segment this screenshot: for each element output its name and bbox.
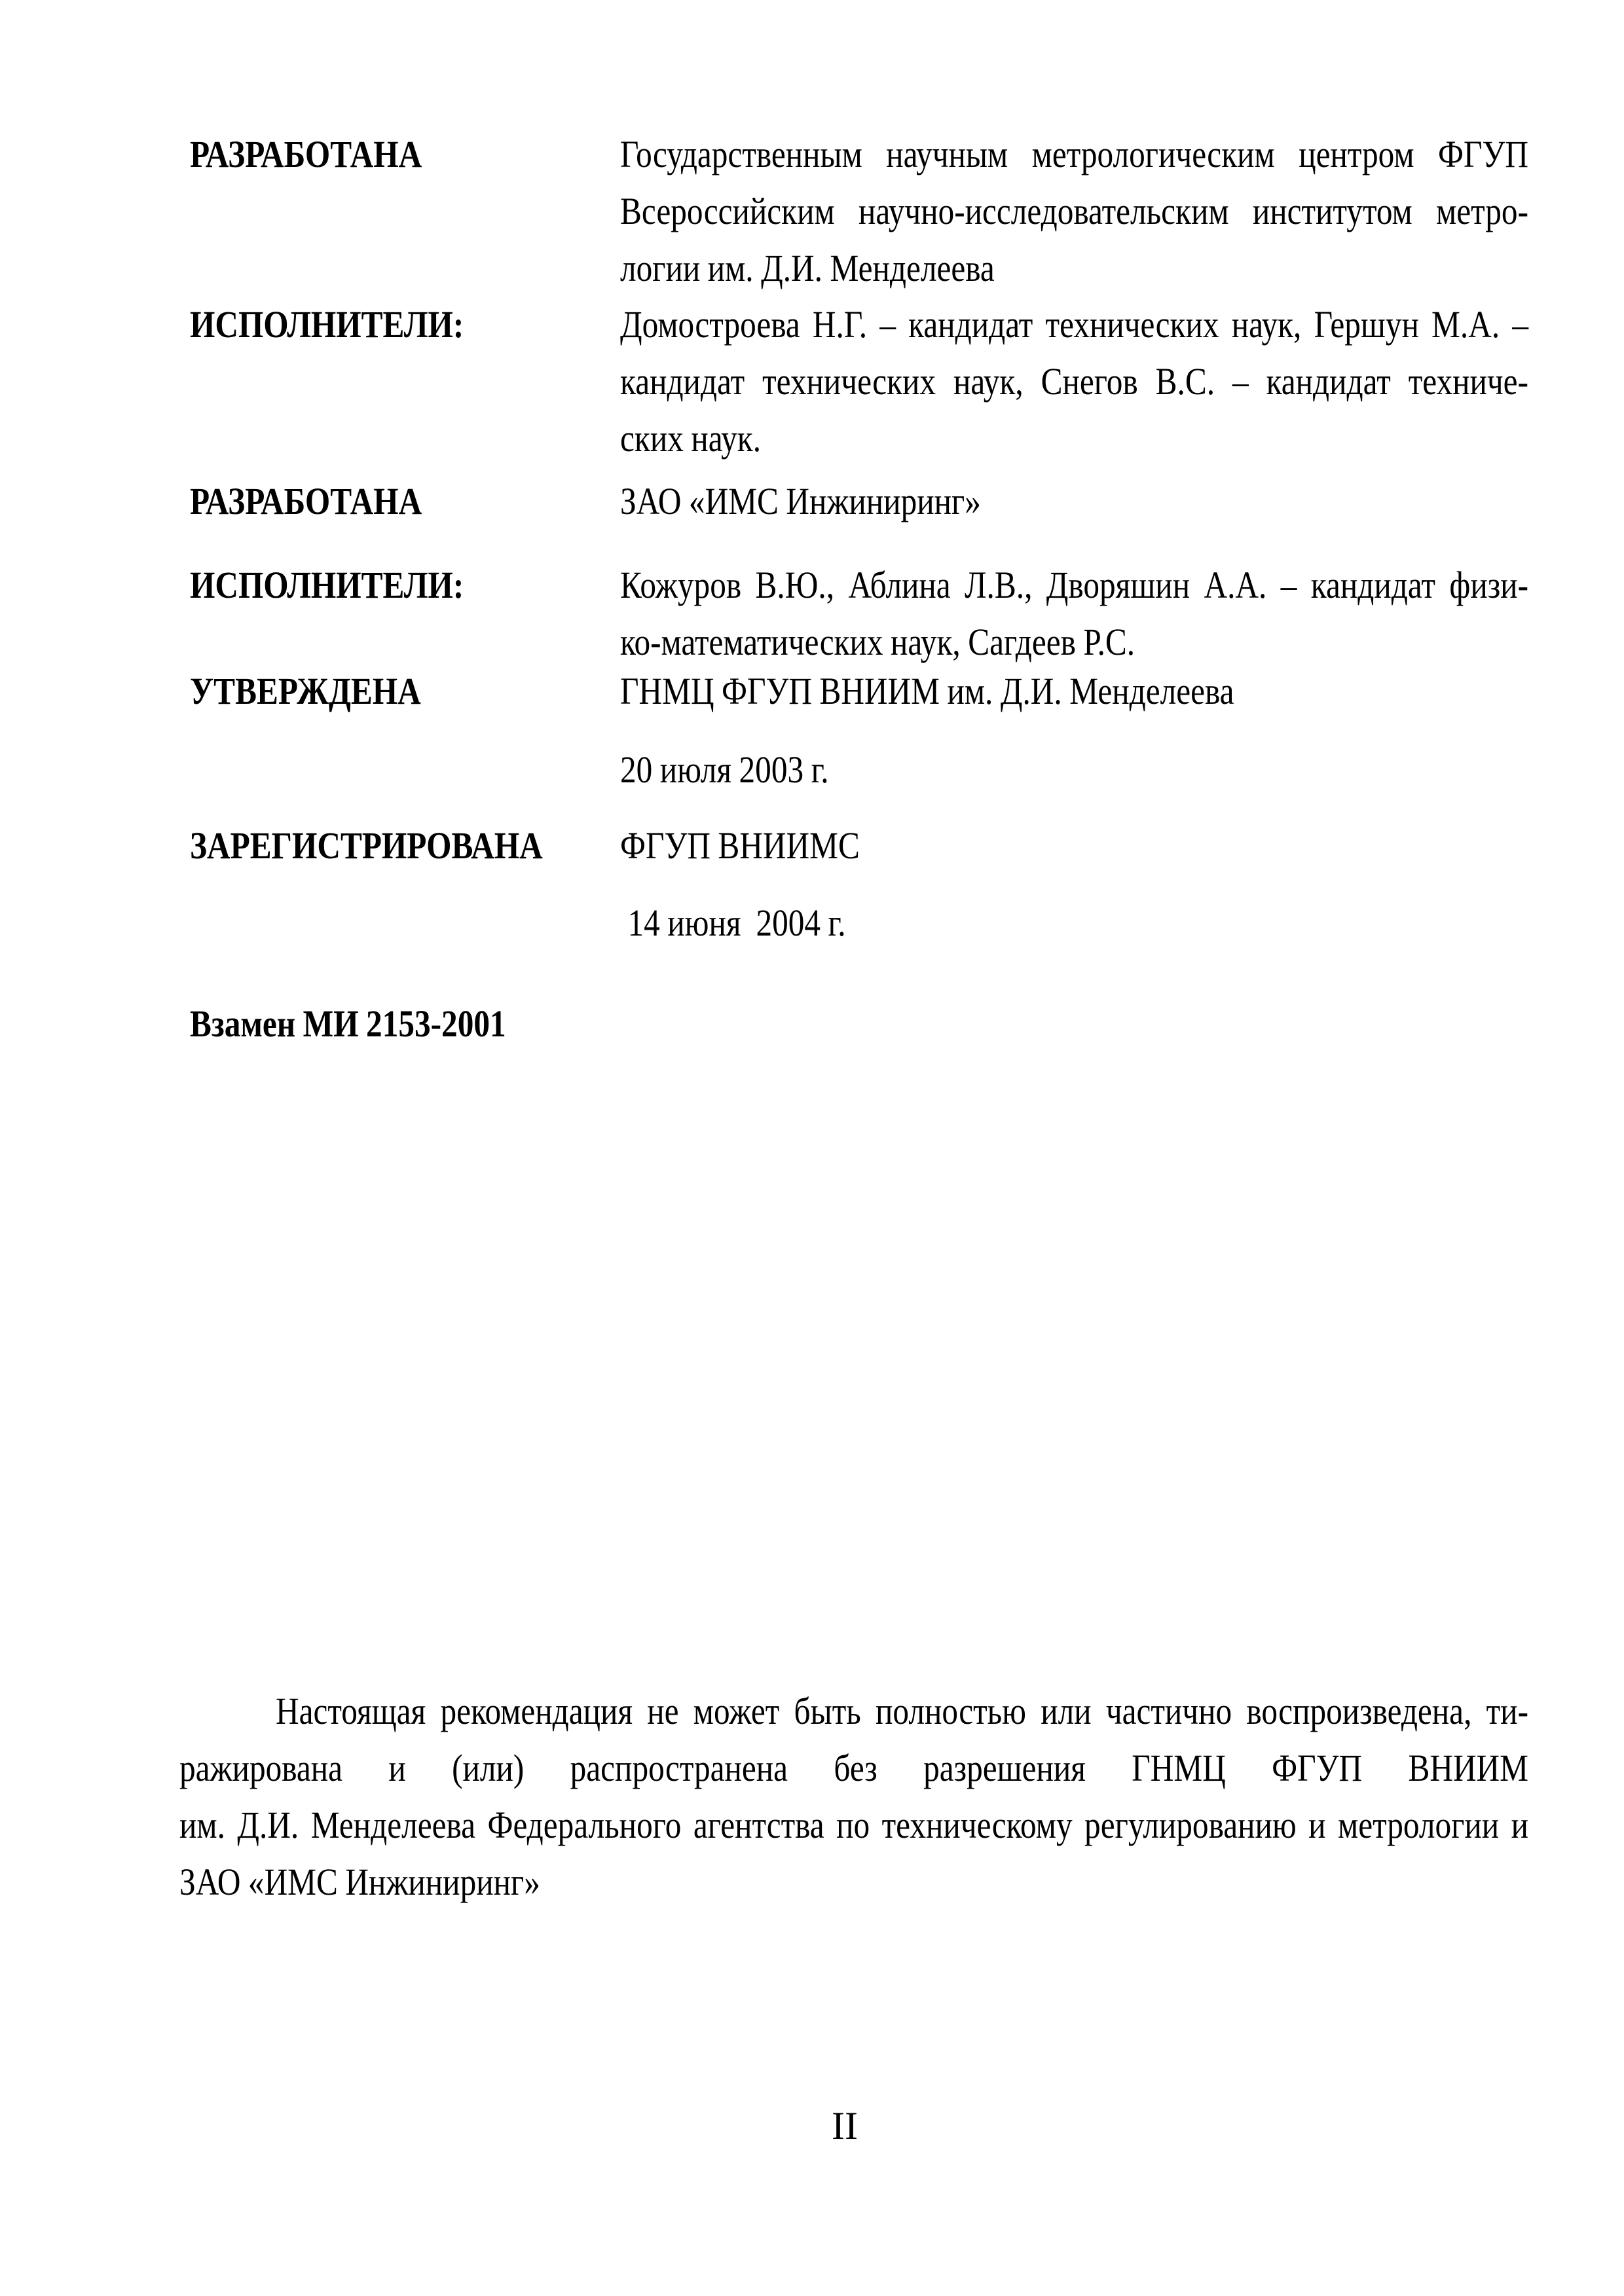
copyright-notice: Настоящая рекомендация не может быть пол… bbox=[179, 1683, 1528, 1910]
field-value-line: ко-математических наук, Сагдеев Р.С. bbox=[620, 613, 1528, 670]
copyright-line: ражирована и (или) распространена без ра… bbox=[179, 1740, 1528, 1796]
field-value-line: ГНМЦ ФГУП ВНИИМ им. Д.И. Менделеева bbox=[620, 663, 1528, 720]
page-number: II bbox=[65, 2103, 1624, 2149]
field-value-line: ских наук. bbox=[620, 410, 1528, 467]
copyright-text-block: Настоящая рекомендация не может быть пол… bbox=[179, 1683, 1528, 1910]
approval-date: 20 июля 2003 г. bbox=[620, 741, 1528, 798]
field-value-line: ЗАО «ИМС Инжиниринг» bbox=[620, 473, 1528, 530]
document-page: РАЗРАБОТАНА Государственным научным метр… bbox=[0, 0, 1624, 2296]
field-row-registration-date: 14 июня 2004 г. bbox=[190, 894, 1528, 951]
copyright-line: им. Д.И. Менделеева Федерального агентст… bbox=[179, 1796, 1528, 1853]
field-value: Домостроева Н.Г. – кандидат технических … bbox=[620, 296, 1528, 467]
field-value-line: Домостроева Н.Г. – кандидат технических … bbox=[620, 296, 1528, 353]
field-value-line: кандидат технических наук, Снегов В.С. –… bbox=[620, 353, 1528, 410]
field-row-developed-by-2: РАЗРАБОТАНА ЗАО «ИМС Инжиниринг» bbox=[190, 473, 1528, 530]
field-row-executors-1: ИСПОЛНИТЕЛИ: Домостроева Н.Г. – кандидат… bbox=[190, 296, 1528, 467]
supersedes-text: Взамен МИ 2153-2001 bbox=[190, 995, 562, 1052]
supersedes-note: Взамен МИ 2153-2001 bbox=[190, 995, 562, 1052]
copyright-line: Настоящая рекомендация не может быть пол… bbox=[179, 1683, 1528, 1740]
field-value: 14 июня 2004 г. bbox=[620, 894, 1528, 951]
field-value-line: Государственным научным метрологическим … bbox=[620, 126, 1528, 183]
field-row-registered-by: ЗАРЕГИСТРИРОВАНА ФГУП ВНИИМС bbox=[190, 817, 1528, 874]
field-value: ЗАО «ИМС Инжиниринг» bbox=[620, 473, 1528, 530]
field-value-line: Всероссийским научно-исследовательским и… bbox=[620, 183, 1528, 240]
field-row-approved-by: УТВЕРЖДЕНА ГНМЦ ФГУП ВНИИМ им. Д.И. Менд… bbox=[190, 663, 1528, 720]
field-value: ФГУП ВНИИМС bbox=[620, 817, 1528, 874]
field-value: ГНМЦ ФГУП ВНИИМ им. Д.И. Менделеева bbox=[620, 663, 1528, 720]
registration-date: 14 июня 2004 г. bbox=[620, 894, 1528, 951]
field-value-line: Кожуров В.Ю., Аблина Л.В., Дворяшин А.А.… bbox=[620, 556, 1528, 613]
field-row-developed-by-1: РАЗРАБОТАНА Государственным научным метр… bbox=[190, 126, 1528, 297]
field-value: Государственным научным метрологическим … bbox=[620, 126, 1528, 297]
field-row-executors-2: ИСПОЛНИТЕЛИ: Кожуров В.Ю., Аблина Л.В., … bbox=[190, 556, 1528, 670]
field-value-line: ФГУП ВНИИМС bbox=[620, 817, 1528, 874]
field-row-approval-date: 20 июля 2003 г. bbox=[190, 741, 1528, 798]
field-value: Кожуров В.Ю., Аблина Л.В., Дворяшин А.А.… bbox=[620, 556, 1528, 670]
copyright-line: ЗАО «ИМС Инжиниринг» bbox=[179, 1853, 1528, 1910]
field-value-line: логии им. Д.И. Менделеева bbox=[620, 240, 1528, 297]
field-value: 20 июля 2003 г. bbox=[620, 741, 1528, 798]
